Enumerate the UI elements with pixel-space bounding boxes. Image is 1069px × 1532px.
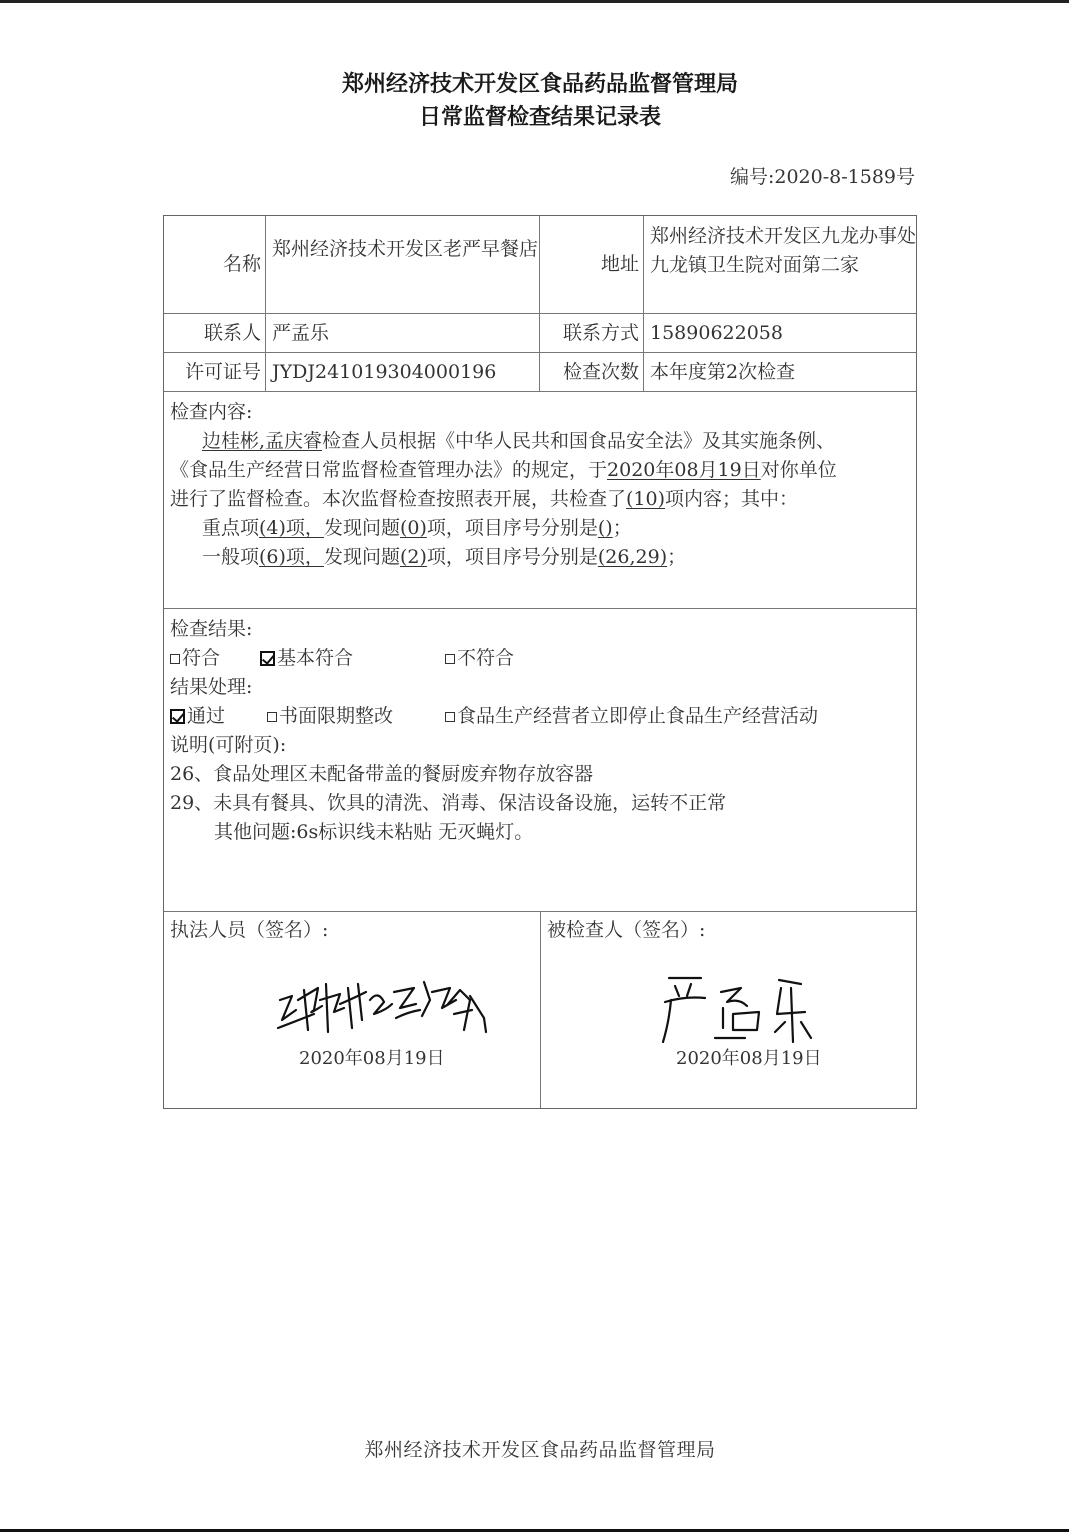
org-title: 郑州经济技术开发区食品药品监督管理局 bbox=[0, 68, 1069, 101]
row-contact: 联系人 严孟乐 联系方式 15890622058 bbox=[164, 314, 916, 353]
option-label: 通过 bbox=[187, 702, 225, 731]
page-top-edge bbox=[0, 0, 1069, 3]
option-label: 食品生产经营者立即停止食品生产经营活动 bbox=[457, 702, 818, 731]
phone-label: 联系方式 bbox=[540, 314, 644, 352]
result-label: 检查结果: bbox=[170, 615, 910, 644]
checkbox-unchecked-icon[interactable] bbox=[267, 712, 277, 722]
row-signatures: 执法人员（签名）: 2020年08月19日 被检查人（签名）: bbox=[164, 912, 916, 1108]
name-label: 名称 bbox=[164, 216, 266, 313]
option-basically-compliant[interactable]: 基本符合 bbox=[260, 644, 445, 673]
content-text: 对你单位 bbox=[761, 459, 837, 481]
address-label: 地址 bbox=[540, 216, 644, 313]
inspected-sign-date: 2020年08月19日 bbox=[676, 1044, 822, 1073]
inspection-content-section: 检查内容: 边桂彬,孟庆睿检查人员根据《中华人民共和国食品安全法》及其实施条例、… bbox=[164, 392, 916, 608]
content-line-3: 进行了监督检查。本次监督检查按照表开展，共检查了(10)项内容；其中： bbox=[170, 485, 910, 514]
option-label: 书面限期整改 bbox=[279, 702, 393, 731]
content-text: 项内容；其中： bbox=[665, 488, 798, 510]
content-line-1: 边桂彬,孟庆睿检查人员根据《中华人民共和国食品安全法》及其实施条例、 bbox=[170, 427, 910, 456]
row-inspection-result: 检查结果: 符合 基本符合 不符合 结果处理: 通过 书面限期整改 食品生产经营… bbox=[164, 609, 916, 912]
general-problems: (2) bbox=[400, 546, 427, 568]
general-mid: 发现问题 bbox=[324, 546, 400, 568]
checkbox-unchecked-icon[interactable] bbox=[445, 712, 455, 722]
inspection-form: 名称 郑州经济技术开发区老严早餐店 地址 郑州经济技术开发区九龙办事处九龙镇卫生… bbox=[163, 215, 917, 1109]
option-stop-operation[interactable]: 食品生产经营者立即停止食品生产经营活动 bbox=[445, 702, 818, 731]
total-items: (10) bbox=[626, 488, 665, 510]
inspector-names: 边桂彬,孟庆睿 bbox=[202, 430, 322, 452]
key-ids: () bbox=[598, 517, 613, 539]
option-non-compliant[interactable]: 不符合 bbox=[445, 644, 514, 673]
row-inspection-content: 检查内容: 边桂彬,孟庆睿检查人员根据《中华人民共和国食品安全法》及其实施条例、… bbox=[164, 392, 916, 609]
footer-org: 郑州经济技术开发区食品药品监督管理局 bbox=[0, 1435, 1069, 1462]
content-line-2: 《食品生产经营日常监督检查管理办法》的规定，于2020年08月19日对你单位 bbox=[170, 456, 910, 485]
checkbox-unchecked-icon[interactable] bbox=[170, 654, 180, 664]
officer-signature-label: 执法人员（签名）: bbox=[170, 916, 534, 945]
row-license: 许可证号 JYDJ241019304000196 检查次数 本年度第2次检查 bbox=[164, 353, 916, 392]
inspected-signature-cell: 被检查人（签名）: 2020年08月19日 bbox=[541, 912, 916, 1108]
option-label: 基本符合 bbox=[277, 644, 353, 673]
note-item: 其他问题:6s标识线未粘贴 无灭蝇灯。 bbox=[170, 818, 910, 847]
key-count: (4)项， bbox=[259, 517, 324, 539]
document-header: 郑州经济技术开发区食品药品监督管理局 日常监督检查结果记录表 bbox=[0, 68, 1069, 134]
option-pass[interactable]: 通过 bbox=[170, 702, 267, 731]
officer-sign-date: 2020年08月19日 bbox=[299, 1044, 445, 1073]
end-mark: ； bbox=[667, 546, 686, 568]
contact-value: 严孟乐 bbox=[266, 314, 540, 352]
note-item: 29、未具有餐具、饮具的清洗、消毒、保洁设备设施，运转不正常 bbox=[170, 789, 910, 818]
general-suffix: 项，项目序号分别是 bbox=[427, 546, 598, 568]
general-items-line: 一般项(6)项，发现问题(2)项，项目序号分别是(26,29)； bbox=[170, 543, 910, 572]
content-text: 进行了监督检查。本次监督检查按照表开展，共检查了 bbox=[170, 488, 626, 510]
inspected-signature-icon bbox=[661, 972, 861, 1047]
option-label: 不符合 bbox=[457, 644, 514, 673]
document-number: 编号:2020-8-1589号 bbox=[730, 162, 915, 189]
note-item: 26、食品处理区未配备带盖的餐厨废弃物存放容器 bbox=[170, 760, 910, 789]
key-mid: 发现问题 bbox=[324, 517, 400, 539]
handling-options: 通过 书面限期整改 食品生产经营者立即停止食品生产经营活动 bbox=[170, 702, 910, 731]
officer-signature-cell: 执法人员（签名）: 2020年08月19日 bbox=[164, 912, 541, 1108]
inspection-date: 2020年08月19日 bbox=[607, 459, 761, 481]
result-options: 符合 基本符合 不符合 bbox=[170, 644, 910, 673]
officer-signature-icon bbox=[274, 970, 499, 1050]
inspection-result-section: 检查结果: 符合 基本符合 不符合 结果处理: 通过 书面限期整改 食品生产经营… bbox=[164, 609, 916, 911]
checkbox-unchecked-icon[interactable] bbox=[445, 654, 455, 664]
phone-value: 15890622058 bbox=[644, 314, 916, 352]
key-items-line: 重点项(4)项，发现问题(0)项，项目序号分别是()； bbox=[170, 514, 910, 543]
count-label: 检查次数 bbox=[540, 353, 644, 391]
name-value: 郑州经济技术开发区老严早餐店 bbox=[266, 216, 540, 313]
option-label: 符合 bbox=[182, 644, 220, 673]
license-label: 许可证号 bbox=[164, 353, 266, 391]
general-count: (6)项， bbox=[259, 546, 324, 568]
inspected-signature-label: 被检查人（签名）: bbox=[547, 916, 910, 945]
form-title: 日常监督检查结果记录表 bbox=[0, 101, 1069, 134]
option-rectify[interactable]: 书面限期整改 bbox=[267, 702, 445, 731]
general-ids: (26,29) bbox=[598, 546, 667, 568]
checkbox-checked-icon[interactable] bbox=[260, 651, 275, 666]
contact-label: 联系人 bbox=[164, 314, 266, 352]
handling-label: 结果处理: bbox=[170, 673, 910, 702]
license-value: JYDJ241019304000196 bbox=[266, 353, 540, 391]
key-prefix: 重点项 bbox=[202, 517, 259, 539]
content-text: 检查人员根据《中华人民共和国食品安全法》及其实施条例、 bbox=[322, 430, 835, 452]
content-label: 检查内容: bbox=[170, 398, 910, 427]
notes-label: 说明(可附页): bbox=[170, 731, 910, 760]
option-compliant[interactable]: 符合 bbox=[170, 644, 260, 673]
key-suffix: 项，项目序号分别是 bbox=[427, 517, 598, 539]
checkbox-checked-icon[interactable] bbox=[170, 709, 185, 724]
content-text: 《食品生产经营日常监督检查管理办法》的规定，于 bbox=[170, 459, 607, 481]
general-prefix: 一般项 bbox=[202, 546, 259, 568]
key-problems: (0) bbox=[400, 517, 427, 539]
end-mark: ； bbox=[613, 517, 632, 539]
address-value: 郑州经济技术开发区九龙办事处九龙镇卫生院对面第二家 bbox=[644, 216, 916, 313]
row-name-address: 名称 郑州经济技术开发区老严早餐店 地址 郑州经济技术开发区九龙办事处九龙镇卫生… bbox=[164, 216, 916, 314]
count-value: 本年度第2次检查 bbox=[644, 353, 916, 391]
